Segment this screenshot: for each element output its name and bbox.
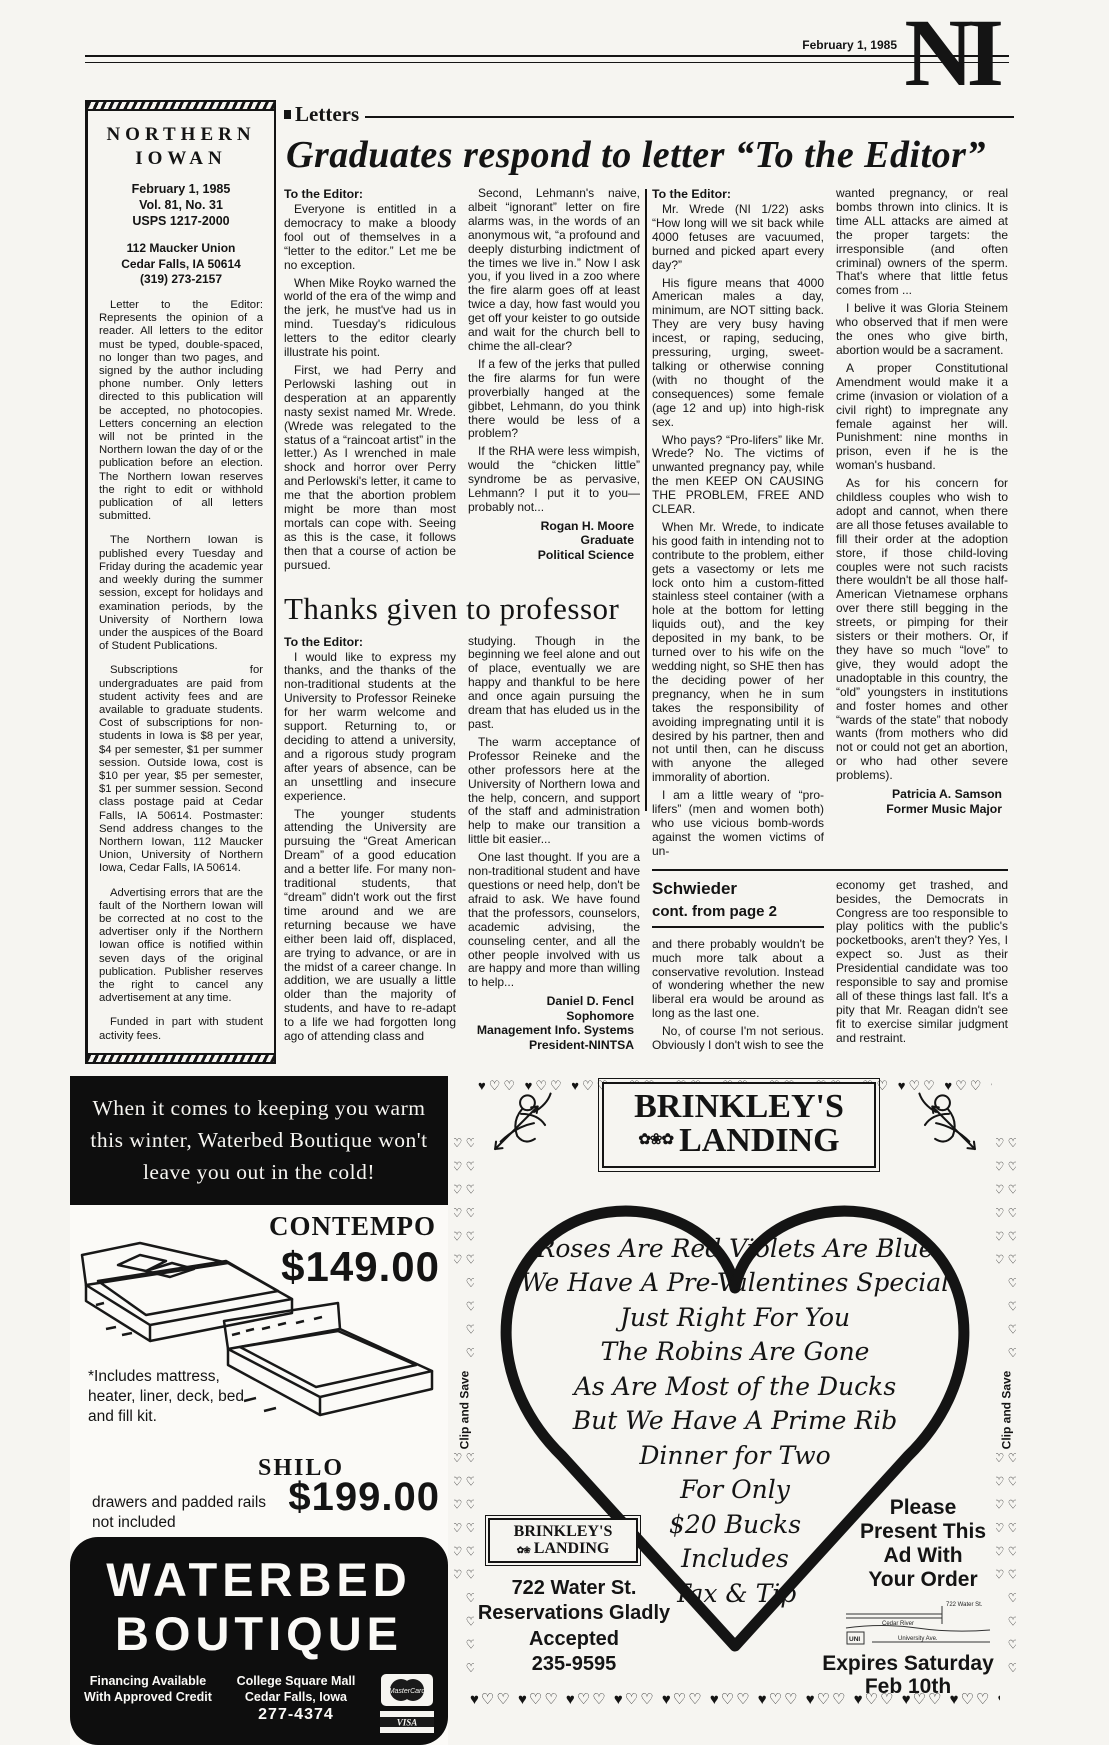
thanks-salutation: To the Editor:	[284, 635, 456, 649]
waterbed-boutique-ad: When it comes to keeping you warm this w…	[70, 1076, 448, 1745]
financing-line: With Approved Credit	[84, 1689, 212, 1705]
kicker-rule	[365, 116, 1014, 118]
letters-right-half: To the Editor: Mr. Wrede (NI 1/22) asks …	[652, 187, 1008, 1057]
brinkleys-logo-box: BRINKLEY'S ✿❀✿ LANDING	[602, 1082, 876, 1168]
poem-line: Dinner for Two	[510, 1439, 960, 1474]
thanks-paragraph: I would like to express my thanks, and t…	[284, 651, 456, 804]
rope-border-bottom	[88, 1053, 274, 1064]
masthead-title: NORTHERN IOWAN	[99, 123, 263, 171]
signature-line: Management Info. Systems	[468, 1023, 634, 1038]
newspaper-page: February 1, 1985 NI NORTHERN IOWAN Febru…	[0, 0, 1109, 1745]
schwieder-top-rule	[652, 869, 1008, 871]
masthead-address-line2: Cedar Falls, IA 50614	[99, 257, 263, 273]
main-content: NORTHERN IOWAN February 1, 1985 Vol. 81,…	[85, 100, 1109, 1064]
letters-kicker: Letters	[295, 102, 365, 127]
financing-note: Financing Available With Approved Credit	[84, 1673, 212, 1706]
store-location: College Square Mall Cedar Falls, Iowa 27…	[237, 1673, 356, 1726]
letter1-paragraph: When Mike Royko warned the world of the …	[284, 277, 456, 360]
svg-text:722 Water St.: 722 Water St.	[946, 1602, 983, 1608]
advertisements-row: When it comes to keeping you warm this w…	[70, 1076, 1109, 1745]
poem-line: Just Right For You	[510, 1301, 960, 1336]
signature-line: President-NINTSA	[468, 1038, 634, 1053]
thanks-col1: To the Editor: I would like to express m…	[284, 635, 456, 1053]
poem-line: We Have A Pre-Valentines Special	[510, 1266, 960, 1301]
masthead-subscription-info: Subscriptions for undergraduates are pai…	[99, 664, 263, 875]
restaurant-address-block: 722 Water St. Reservations Gladly Accept…	[460, 1576, 688, 1678]
signature-line: Rogan H. Moore	[468, 519, 634, 534]
store-phone: 277-4374	[237, 1705, 356, 1726]
brinkleys-logo-line1: BRINKLEY'S	[608, 1090, 870, 1124]
address-line: 722 Water St.	[460, 1576, 688, 1601]
svg-text:UNI: UNI	[849, 1636, 860, 1643]
masthead-address: 112 Maucker Union Cedar Falls, IA 50614 …	[99, 241, 263, 288]
brinkleys-mini-logo: BRINKLEY'S ✿❀ LANDING	[488, 1518, 638, 1563]
contempo-model-name: CONTEMPO	[269, 1211, 436, 1242]
present-ad-line: Ad With	[844, 1544, 1002, 1568]
column-divider-rule	[645, 189, 647, 811]
thanks-paragraph: One last thought. If you are a non-tradi…	[468, 851, 640, 990]
svg-text:Cedar River: Cedar River	[882, 1621, 914, 1627]
mastercard-icon: MasterCard	[380, 1673, 434, 1707]
masthead-policy-letters: Letter to the Editor: Represents the opi…	[99, 299, 263, 523]
letter2-paragraph: wanted pregnancy, or real bombs thrown i…	[836, 187, 1008, 298]
brinkleys-logo-line1: BRINKLEY'S	[492, 1523, 634, 1541]
masthead-usps: USPS 1217-2000	[99, 213, 263, 229]
masthead-funding-note: Funded in part with student activity fee…	[99, 1016, 263, 1042]
thanks-columns: To the Editor: I would like to express m…	[284, 635, 640, 1053]
letter1-paragraph: If the RHA were less wimpish, would the …	[468, 445, 640, 515]
letter1-paragraph: Second, Lehmann's naive, albeit “ignoran…	[468, 187, 640, 354]
letter1-signature: Rogan H. Moore Graduate Political Scienc…	[468, 519, 640, 563]
letter1-col1: To the Editor: Everyone is entitled in a…	[284, 187, 456, 577]
cupid-icon	[912, 1088, 986, 1162]
contempo-price: $149.00	[281, 1243, 440, 1291]
address-line: Accepted	[460, 1627, 688, 1652]
flower-doodle-icon: ✿❀✿	[638, 1133, 673, 1148]
thanks-paragraph: The warm acceptance of Professor Reineke…	[468, 736, 640, 847]
header-rule-thin	[85, 62, 1009, 63]
poem-line: As Are Most of the Ducks	[510, 1370, 960, 1405]
masthead-date: February 1, 1985	[99, 181, 263, 197]
signature-line: Former Music Major	[836, 802, 1002, 817]
schwieder-title-rule	[652, 926, 824, 928]
letter1-salutation: To the Editor:	[284, 187, 456, 201]
letter2-paragraph: Who pays? “Pro-lifers” like Mr. Wrede? N…	[652, 434, 824, 517]
expiration-note: Expires Saturday Feb 10th	[808, 1652, 1008, 1698]
expires-line: Feb 10th	[808, 1675, 1008, 1698]
poem-line: But We Have A Prime Rib	[510, 1404, 960, 1439]
masthead-box: NORTHERN IOWAN February 1, 1985 Vol. 81,…	[85, 100, 276, 1064]
thanks-paragraph: The younger students attending the Unive…	[284, 808, 456, 1044]
present-ad-line: Present This	[844, 1520, 1002, 1544]
brinkleys-logo-line2: LANDING	[679, 1124, 840, 1158]
schwieder-col2: economy get trashed, and besides, the De…	[836, 879, 1008, 1057]
schwieder-subtitle: cont. from page 2	[652, 903, 824, 920]
expires-line: Expires Saturday	[808, 1652, 1008, 1675]
present-ad-line: Please	[844, 1496, 1002, 1520]
store-name-line2: BOUTIQUE	[84, 1607, 434, 1661]
page-date: February 1, 1985	[802, 38, 897, 52]
schwieder-paragraph: economy get trashed, and besides, the De…	[836, 879, 1008, 1046]
letter2-col2: wanted pregnancy, or real bombs thrown i…	[836, 187, 1008, 863]
letter1-col2: Second, Lehmann's naive, albeit “ignoran…	[468, 187, 640, 577]
schwieder-paragraph: and there probably wouldn't be much more…	[652, 938, 824, 1021]
letter1-paragraph: Everyone is entitled in a democracy to m…	[284, 203, 456, 273]
svg-text:VISA: VISA	[397, 1717, 418, 1727]
poem-line: Roses Are Red Violets Are Blue	[510, 1232, 960, 1267]
visa-icon: VISA	[380, 1711, 434, 1733]
restaurant-phone: 235-9595	[460, 1652, 688, 1677]
signature-line: Daniel D. Fencl	[468, 994, 634, 1009]
store-name-line1: WATERBED	[84, 1553, 434, 1607]
schwieder-paragraph: No, of course I'm not serious. Obviously…	[652, 1025, 824, 1053]
masthead-advertising-info: Advertising errors that are the fault of…	[99, 887, 263, 1006]
letter2-paragraph: When Mr. Wrede, to indicate his good fai…	[652, 521, 824, 785]
letter2-columns: To the Editor: Mr. Wrede (NI 1/22) asks …	[652, 187, 1008, 863]
present-ad-line: Your Order	[844, 1568, 1002, 1592]
letter2-paragraph: A proper Constitutional Amendment would …	[836, 362, 1008, 473]
letter2-paragraph: I belive it was Gloria Steinem who obser…	[836, 302, 1008, 358]
location-map: 722 Water St. Cedar River University Ave…	[842, 1598, 994, 1648]
waterbed-headline-line: leave you out in the cold!	[74, 1156, 444, 1188]
signature-line: Political Science	[468, 548, 634, 563]
header-rule-thick	[85, 55, 1009, 57]
letter1-paragraph: First, we had Perry and Perlowski lashin…	[284, 364, 456, 573]
financing-line: Financing Available	[84, 1673, 212, 1689]
letter2-signature: Patricia A. Samson Former Music Major	[836, 787, 1008, 816]
brinkleys-logo-line2: LANDING	[534, 1540, 610, 1557]
letter2-paragraph: His figure means that 4000 American male…	[652, 277, 824, 430]
svg-text:MasterCard: MasterCard	[389, 1688, 427, 1695]
letters-left-half: To the Editor: Everyone is entitled in a…	[284, 187, 640, 1052]
svg-text:University Ave.: University Ave.	[898, 1636, 938, 1642]
thanks-headline: Thanks given to professor	[284, 591, 640, 627]
masthead-address-line1: 112 Maucker Union	[99, 241, 263, 257]
masthead-title-line2: IOWAN	[99, 147, 263, 171]
kicker-square	[284, 110, 291, 119]
thanks-paragraph: studying. Though in the beginning we fee…	[468, 635, 640, 732]
location-line: Cedar Falls, Iowa	[237, 1689, 356, 1705]
waterbed-headline-line: this winter, Waterbed Boutique won't	[74, 1124, 444, 1156]
masthead-issue-info: February 1, 1985 Vol. 81, No. 31 USPS 12…	[99, 181, 263, 230]
letter2-paragraph: Mr. Wrede (NI 1/22) asks “How long will …	[652, 203, 824, 273]
page-header: February 1, 1985 NI	[0, 0, 1109, 100]
schwieder-title: Schwieder	[652, 879, 824, 899]
masthead-volume: Vol. 81, No. 31	[99, 197, 263, 213]
present-ad-note: Please Present This Ad With Your Order	[844, 1496, 1002, 1593]
flower-doodle-icon: ✿❀	[517, 1545, 530, 1555]
location-line: College Square Mall	[237, 1673, 356, 1689]
letter2-paragraph: I am a little weary of “pro-lifers” (men…	[652, 789, 824, 859]
signature-line: Sophomore	[468, 1009, 634, 1024]
letters-section: Letters Graduates respond to letter “To …	[284, 100, 1014, 1057]
poem-line: The Robins Are Gone	[510, 1335, 960, 1370]
ni-logo: NI	[904, 12, 997, 94]
waterbed-illustration-shilo	[220, 1301, 440, 1451]
signature-line: Graduate	[468, 533, 634, 548]
schwieder-col1: Schwieder cont. from page 2 and there pr…	[652, 879, 824, 1057]
letter1-paragraph: If a few of the jerks that pulled the fi…	[468, 358, 640, 441]
masthead-publication-info: The Northern Iowan is published every Tu…	[99, 534, 263, 653]
rope-border-top	[88, 100, 274, 111]
masthead-phone: (319) 273-2157	[99, 272, 263, 288]
letters-kicker-row: Letters	[284, 102, 1014, 127]
shilo-price: $199.00	[288, 1475, 440, 1520]
waterbed-products-area: CONTEMPO $149.00 *Includes mattress, hea…	[70, 1205, 448, 1537]
waterbed-ad-headline: When it comes to keeping you warm this w…	[70, 1076, 448, 1205]
waterbed-headline-line: When it comes to keeping you warm	[74, 1092, 444, 1124]
letter2-salutation: To the Editor:	[652, 187, 824, 201]
drawers-note: drawers and padded rails not included	[92, 1493, 282, 1533]
thanks-col2: studying. Though in the beginning we fee…	[468, 635, 640, 1053]
thanks-signature: Daniel D. Fencl Sophomore Management Inf…	[468, 994, 640, 1052]
letter1-columns: To the Editor: Everyone is entitled in a…	[284, 187, 640, 577]
signature-line: Patricia A. Samson	[836, 787, 1002, 802]
masthead-title-line1: NORTHERN	[99, 123, 263, 147]
address-line: Reservations Gladly	[460, 1601, 688, 1626]
letter2-paragraph: As for his concern for childless couples…	[836, 477, 1008, 783]
cupid-icon	[484, 1088, 558, 1162]
letter2-col1: To the Editor: Mr. Wrede (NI 1/22) asks …	[652, 187, 824, 863]
brinkleys-landing-ad: ♥♡♡ ♥♡♡ ♥♡♡ ♥♡♡ ♥♡♡ ♥♡♡ ♥♡♡ ♥♡♡ ♥♡♡ ♥♡♡ …	[454, 1076, 1016, 1716]
schwieder-section: Schwieder cont. from page 2 and there pr…	[652, 869, 1008, 1057]
waterbed-store-block: WATERBED BOUTIQUE Financing Available Wi…	[70, 1537, 448, 1745]
letters-headline: Graduates respond to letter “To the Edit…	[286, 133, 1014, 177]
